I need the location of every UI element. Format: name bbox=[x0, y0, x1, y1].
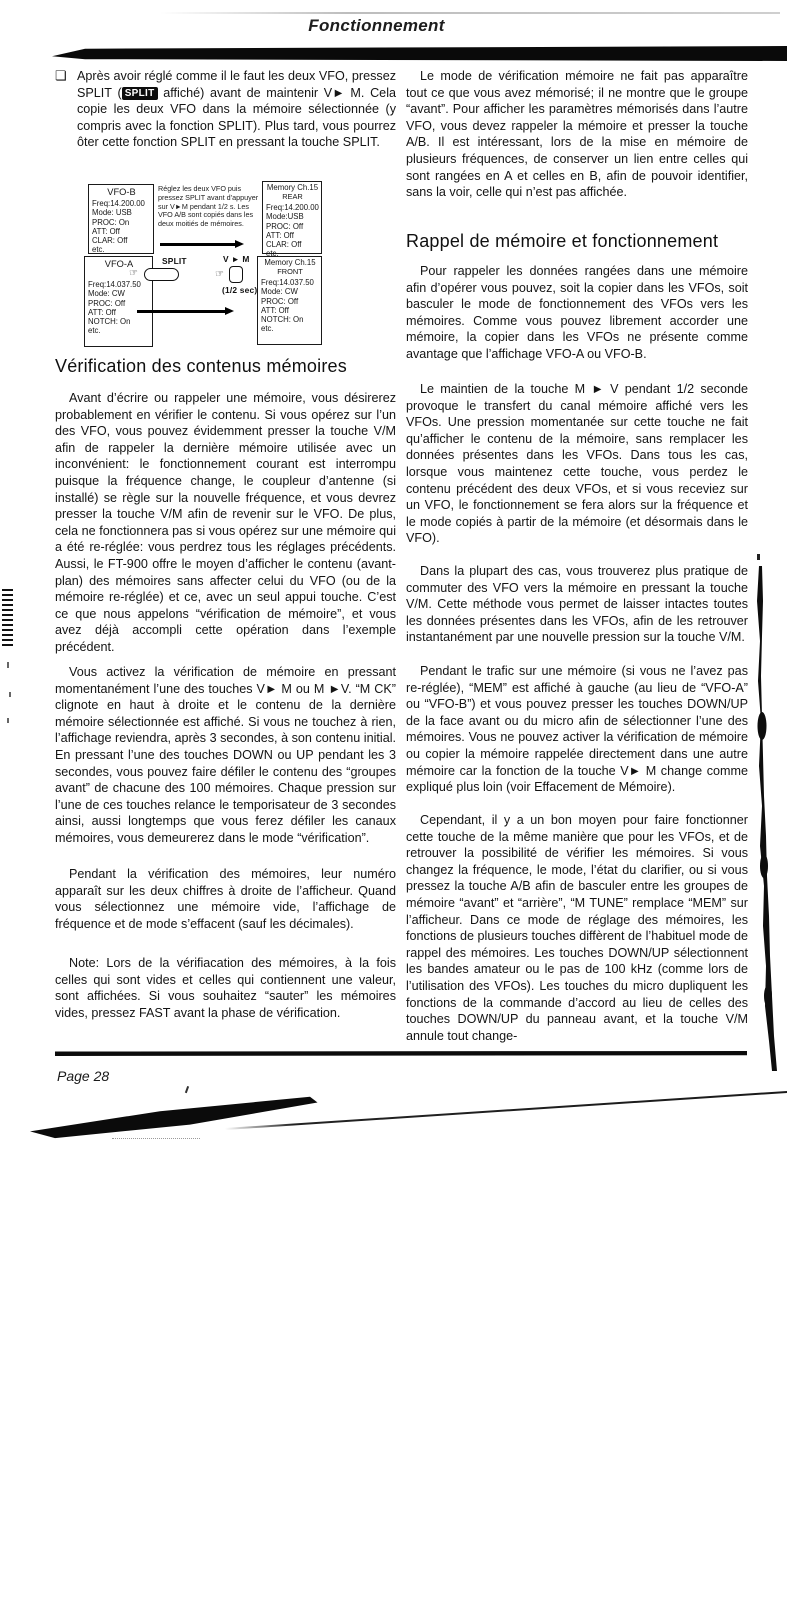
footer-rule-bar bbox=[55, 1051, 747, 1056]
scan-hairline-artifact bbox=[160, 12, 780, 14]
scan-line-artifact bbox=[225, 1091, 787, 1130]
vfo-a-line: Mode: CW bbox=[88, 289, 150, 298]
bullet-paragraph: ❏Après avoir réglé comme il le faut les … bbox=[55, 68, 396, 151]
pointing-hand-icon: ☞ bbox=[215, 270, 224, 280]
scan-speck-artifact bbox=[9, 692, 11, 697]
memory-rear-line: ATT: Off bbox=[266, 231, 319, 240]
v-to-m-key-label: V ► M bbox=[223, 254, 250, 264]
scan-speck-artifact bbox=[757, 554, 760, 560]
paragraph: Avant d’écrire ou rappeler une mémoire, … bbox=[55, 390, 396, 656]
vfo-b-title: VFO-B bbox=[92, 187, 151, 197]
split-key-drawing bbox=[144, 268, 179, 281]
vfo-a-title: VFO-A bbox=[88, 259, 150, 269]
memory-front-line: ATT: Off bbox=[261, 306, 319, 315]
paragraph: Le maintien de la touche M ► V pendant 1… bbox=[406, 381, 748, 547]
memory-rear-line: Mode:USB bbox=[266, 212, 319, 221]
memory-front-line: Mode: CW bbox=[261, 287, 319, 296]
paragraph: Pour rappeler les données rangées dans u… bbox=[406, 263, 748, 363]
vfo-b-line: Freq:14.200.00 bbox=[92, 199, 151, 208]
paragraph: Vous activez la vérification de mémoire … bbox=[55, 664, 396, 847]
diagram-instruction-note: Réglez les deux VFO puis pressez SPLIT a… bbox=[158, 185, 260, 229]
vfo-a-box: VFO-A Freq:14.037.50 Mode: CW PROC: Off … bbox=[84, 256, 153, 347]
vfo-b-box: VFO-B Freq:14.200.00 Mode: USB PROC: On … bbox=[88, 184, 154, 254]
vfo-a-line: etc. bbox=[88, 326, 150, 335]
paragraph: Le mode de vérification mémoire ne fait … bbox=[406, 68, 748, 201]
vfo-b-line: CLAR: Off bbox=[92, 236, 151, 245]
vfo-b-line: Mode: USB bbox=[92, 208, 151, 217]
scanned-manual-page: Fonctionnement ❏Après avoir réglé comme … bbox=[0, 0, 787, 1600]
vfo-b-line: etc. bbox=[92, 245, 151, 254]
header-rule-bar bbox=[52, 46, 787, 61]
note-paragraph: Note: Lors de la vérifiacation des mémoi… bbox=[55, 955, 396, 1021]
arrow-shaft bbox=[160, 243, 238, 246]
scan-binding-artifact bbox=[2, 586, 13, 646]
page-header-title: Fonctionnement bbox=[0, 16, 787, 36]
arrow-shaft bbox=[137, 310, 228, 313]
memory-front-line: etc. bbox=[261, 324, 319, 333]
scan-tick-artifact bbox=[185, 1086, 189, 1093]
pointing-hand-icon: ☞ bbox=[129, 269, 138, 279]
memory-rear-subtitle: REAR bbox=[266, 193, 319, 202]
paragraph: Cependant, il y a un bon moyen pour fair… bbox=[406, 812, 748, 1044]
memory-rear-line: PROC: Off bbox=[266, 222, 319, 231]
memory-front-line: Freq:14.037.50 bbox=[261, 278, 319, 287]
page-number: Page 28 bbox=[57, 1068, 109, 1084]
vfo-memory-copy-diagram: VFO-B Freq:14.200.00 Mode: USB PROC: On … bbox=[55, 183, 396, 351]
vfo-b-line: PROC: On bbox=[92, 218, 151, 227]
checkbox-bullet-icon: ❏ bbox=[55, 68, 67, 85]
split-status-badge: SPLIT bbox=[122, 87, 158, 100]
memory-front-line: NOTCH: On bbox=[261, 315, 319, 324]
scan-speck-artifact bbox=[7, 662, 9, 668]
half-second-label: (1/2 sec) bbox=[222, 285, 257, 295]
memory-rear-line: CLAR: Off bbox=[266, 240, 319, 249]
arrow-right-icon bbox=[137, 307, 234, 316]
arrow-head bbox=[235, 240, 244, 248]
scan-dashes-artifact bbox=[112, 1138, 200, 1139]
memory-rear-box: Memory Ch.15 REAR Freq:14.200.00 Mode:US… bbox=[262, 181, 322, 254]
arrow-right-icon bbox=[160, 240, 244, 249]
vfo-b-line: ATT: Off bbox=[92, 227, 151, 236]
split-key-label: SPLIT bbox=[162, 256, 187, 266]
memory-front-box: Memory Ch.15 FRONT Freq:14.037.50 Mode: … bbox=[257, 256, 322, 345]
scan-swoosh-artifact bbox=[30, 1092, 530, 1140]
paragraph: Pendant la vérification des mémoires, le… bbox=[55, 866, 396, 932]
arrow-head bbox=[225, 307, 234, 315]
memory-rear-line: Freq:14.200.00 bbox=[266, 203, 319, 212]
scan-streak-artifact bbox=[746, 566, 782, 1086]
v-to-m-key-drawing bbox=[229, 266, 243, 283]
memory-front-subtitle: FRONT bbox=[261, 268, 319, 277]
memory-front-line: PROC: Off bbox=[261, 297, 319, 306]
section-heading-rappel: Rappel de mémoire et fonctionnement bbox=[406, 229, 748, 253]
paragraph: Dans la plupart des cas, vous trouverez … bbox=[406, 563, 748, 646]
section-heading-verification: Vérification des contenus mémoires bbox=[55, 354, 396, 378]
paragraph: Pendant le trafic sur une mémoire (si vo… bbox=[406, 663, 748, 796]
vfo-a-line: NOTCH: On bbox=[88, 317, 150, 326]
scan-speck-artifact bbox=[7, 718, 9, 723]
vfo-a-line: Freq:14.037.50 bbox=[88, 280, 150, 289]
